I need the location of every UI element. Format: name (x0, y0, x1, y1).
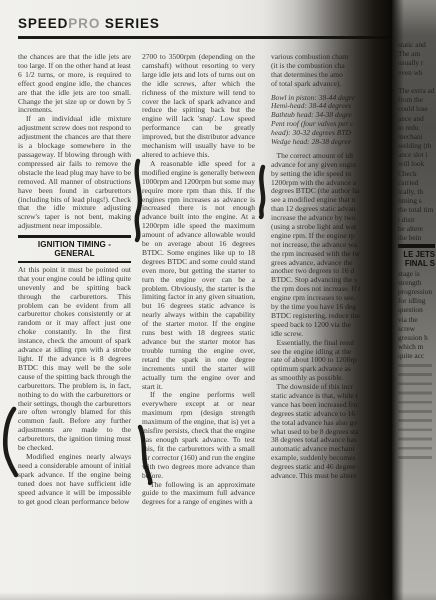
text-line: ance slot i (398, 150, 436, 159)
text-line: various combustion cham (271, 53, 395, 62)
facing-heading-line: FINAL S (398, 259, 435, 269)
text-line: the total advance has also go (271, 419, 395, 428)
paragraph: If the engine performs well everywhere e… (142, 391, 255, 480)
paragraph: 2700 to 3500rpm (depending on the camsha… (142, 53, 255, 160)
column-3: various combustion cham(it is the combus… (271, 53, 395, 481)
text-line: from the (398, 95, 436, 104)
text-line: timing s (398, 196, 436, 205)
pen-mark (5, 409, 16, 475)
text-line: another two degrees to 16 d (271, 267, 395, 276)
facing-page-fragments-below: stage isstrengthprogressionfor idlingque… (398, 269, 436, 361)
paragraph: Modified engines nearly always need a co… (18, 453, 131, 506)
text-line: by setting the idle speed to (271, 170, 395, 179)
text-line: of total spark advance). (271, 80, 395, 89)
text-line: gression h (398, 333, 436, 342)
section-heading: IGNITION TIMING - GENERAL (18, 235, 131, 263)
paragraph-lines: The correct amount of idladvance for any… (271, 152, 395, 481)
text-line: Pent roof (four valves per c (271, 120, 395, 129)
text-line: static advance is that, while t (271, 392, 395, 401)
text-line: 1200rpm with the advance a (271, 179, 395, 188)
text-line: 38 degrees total advance has (271, 436, 395, 445)
text-line: mechani (398, 132, 436, 141)
scanned-book-page: SPEEDPRO SERIES the chances are that the… (0, 0, 436, 600)
text-line: the rpm increased with the tw (271, 250, 395, 259)
text-line: stage is (398, 269, 436, 278)
text-line: Essentially, the final resul (271, 339, 395, 348)
text-line: screw (398, 324, 436, 333)
text-line: Check (398, 169, 436, 178)
text-line: static and (398, 40, 436, 49)
bottom-edge-shadow (0, 592, 436, 600)
text-line: (it is the combustion cha (271, 62, 395, 71)
text-line: Wedge head: 28-38 degree (271, 138, 395, 147)
facing-page-fragments-top: static andThe amusually reven whThe extr… (398, 40, 436, 242)
facing-section-heading: LE JETS FINAL S (398, 250, 436, 269)
text-line: increase the advance by two (271, 214, 395, 223)
text-line: could lose (398, 104, 436, 113)
text-line: see the engine idling at the (271, 348, 395, 357)
text-line: for idling (398, 296, 436, 305)
text-line: vance has been increased fro (271, 401, 395, 410)
text-line: which m (398, 342, 436, 351)
text-line: the rpm does not increase. If t (271, 285, 395, 294)
page-header-brand: SPEEDPRO SERIES (18, 16, 160, 31)
text-line: t distr (398, 215, 436, 224)
header-rule (18, 36, 436, 39)
text-line: the bein (398, 233, 436, 242)
text-line: engine rpm. If the engine rp (271, 232, 395, 241)
brand-series: SERIES (100, 16, 160, 31)
text-line: quite acc (398, 351, 436, 360)
paragraph: The following is an approximate guide to… (142, 481, 255, 508)
text-line: as smoothly as possible. (271, 374, 395, 383)
text-line: The correct amount of idl (271, 152, 395, 161)
paragraph: At this point it must be pointed out tha… (18, 266, 131, 453)
column-2: 2700 to 3500rpm (depending on the camsha… (142, 53, 255, 507)
facing-heading-line: LE JETS (398, 250, 435, 260)
paragraph-lines: various combustion cham(it is the combus… (271, 53, 395, 89)
text-line: welding (th (398, 141, 436, 150)
paragraph: A reasonable idle speed for a modified e… (142, 160, 255, 392)
text-line: that determines the amo (271, 71, 395, 80)
text-line: than 12 degrees static advan (271, 205, 395, 214)
text-line: The downside of this incr (271, 383, 395, 392)
text-line: BTDC registering, reduce the (271, 312, 395, 321)
paragraph: If an individual idle mixture adjustment… (18, 115, 131, 231)
text-line: (using a strobe light and wat (271, 223, 395, 232)
text-line: optimum spark advance as (271, 365, 395, 374)
text-line: Bowl in piston: 38-44 degre (271, 94, 395, 103)
text-line: ance and (398, 114, 436, 123)
pen-mark (137, 161, 140, 240)
paragraph: the chances are that the idle jets are t… (18, 53, 131, 115)
text-line: head): 30-32 degrees BTD (271, 129, 395, 138)
faint-text-lines (398, 364, 432, 459)
column-1: the chances are that the idle jets are t… (18, 53, 131, 506)
text-line: grees advance, advance the (271, 259, 395, 268)
text-line: ically, th (398, 187, 436, 196)
text-line: carried (398, 178, 436, 187)
text-line: automatic advance mechani (271, 445, 395, 454)
text-line: be altere (398, 224, 436, 233)
pen-mark (261, 167, 263, 217)
text-line: the total tim (398, 205, 436, 214)
text-line: via the (398, 315, 436, 324)
text-line: Hemi-head: 38-44 degrees (271, 102, 395, 111)
brand-pro: PRO (68, 16, 100, 31)
text-line: Bathtub head: 34-38 degre (271, 111, 395, 120)
text-line: to redu (398, 123, 436, 132)
text-line: degrees static advance to 16 (271, 410, 395, 419)
text-line: degrees BTDC (the author ha (271, 187, 395, 196)
text-line: advance for any given engin (271, 161, 395, 170)
text-line: what used to be 8 degrees sta (271, 428, 395, 437)
text-line: rate of about 1000 to 1200rp (271, 356, 395, 365)
text-line: will look (398, 159, 436, 168)
text-line: not increase, the advance wa (271, 241, 395, 250)
brand-speed: SPEED (18, 16, 68, 31)
text-line: degrees static and 46 degree (271, 463, 395, 472)
text-line: engine rpm increases to see, (271, 294, 395, 303)
text-line: question (398, 305, 436, 314)
text-line: strength (398, 278, 436, 287)
text-line: BTDC. Stop advancing the s (271, 276, 395, 285)
text-line: by the time you have 16 deg (271, 303, 395, 312)
text-line: usually r (398, 58, 436, 67)
text-line: The extra ad (398, 86, 436, 95)
facing-heading-rule (398, 244, 435, 248)
text-line: The am (398, 49, 436, 58)
text-line: even wh (398, 68, 436, 77)
text-line (398, 77, 436, 86)
head-types-spec-list: Bowl in piston: 38-44 degreHemi-head: 38… (271, 94, 395, 147)
text-line: see a modified engine that n (271, 196, 395, 205)
text-line: example, suddenly becomes (271, 454, 395, 463)
facing-page-edge: static andThe amusually reven whThe extr… (392, 0, 436, 600)
text-line: idle screw. (271, 330, 395, 339)
text-line: speed back to 1200 via the (271, 321, 395, 330)
text-line: advance. This must be altere (271, 472, 395, 481)
text-line: progression (398, 287, 436, 296)
